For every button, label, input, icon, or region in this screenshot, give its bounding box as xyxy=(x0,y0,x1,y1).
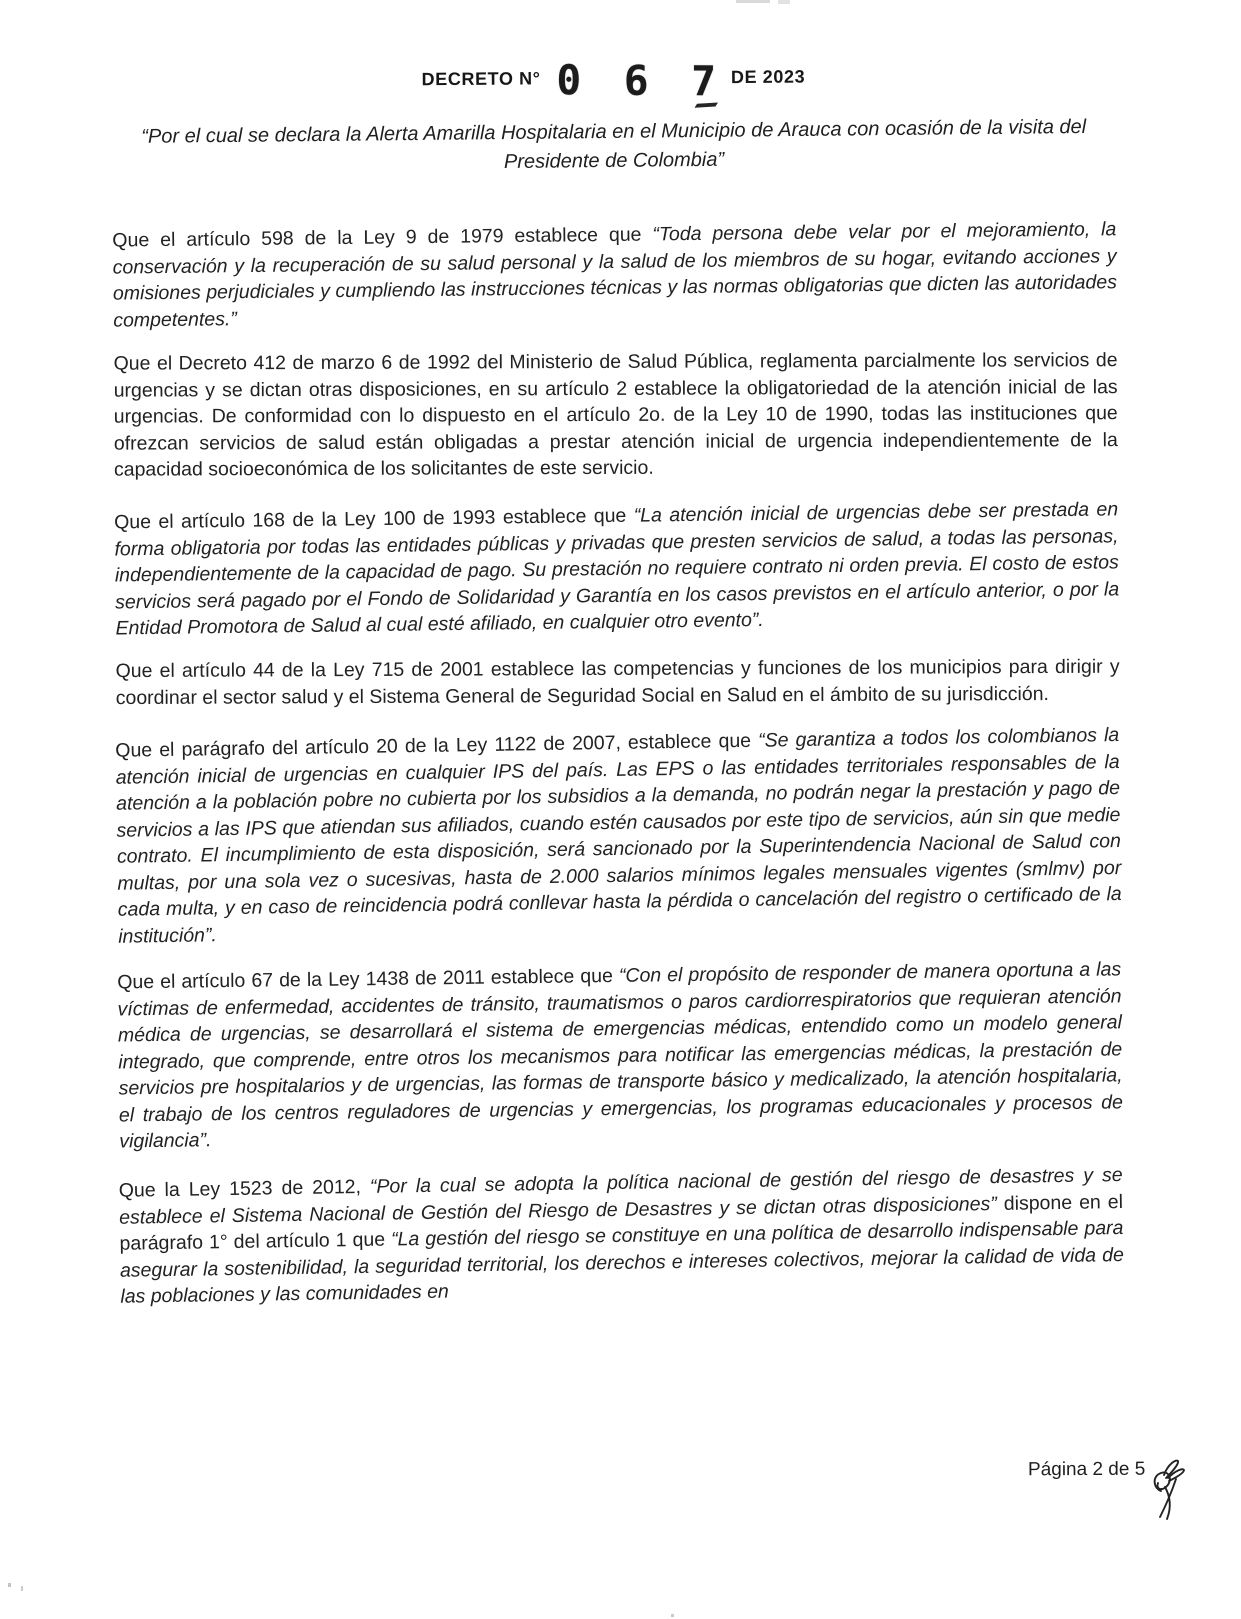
scan-artifact-top xyxy=(736,0,770,3)
body-text: Que el artículo 44 de la Ley 715 de 2001… xyxy=(116,656,1120,709)
body-text: Que la Ley 1523 de 2012, xyxy=(119,1175,371,1201)
scan-speck xyxy=(671,1614,674,1617)
body-text: Que el artículo 67 de la Ley 1438 de 201… xyxy=(117,965,619,994)
paragraph-2: Que el Decreto 412 de marzo 6 de 1992 de… xyxy=(114,347,1118,483)
scan-speck xyxy=(8,1583,11,1587)
scan-artifact-top xyxy=(778,0,790,4)
decree-subtitle: “Por el cual se declara la Alerta Amaril… xyxy=(134,113,1095,181)
paragraph-6: Que el artículo 67 de la Ley 1438 de 201… xyxy=(117,956,1123,1155)
decree-year-label: DE 2023 xyxy=(731,66,805,88)
decree-type-label: DECRETO N° xyxy=(422,68,541,90)
document-content: DECRETO N° 0 6 7 DE 2023 “Por el cual se… xyxy=(111,46,1124,1326)
paragraph-4: Que el artículo 44 de la Ley 715 de 2001… xyxy=(116,654,1120,711)
body-text: Que el artículo 598 de la Ley 9 de 1979 … xyxy=(112,223,652,251)
paragraph-3: Que el artículo 168 de la Ley 100 de 199… xyxy=(114,496,1120,642)
body-text: Que el artículo 168 de la Ley 100 de 199… xyxy=(114,504,634,533)
document-page: DECRETO N° 0 6 7 DE 2023 “Por el cual se… xyxy=(0,0,1241,1619)
decree-number-stamp: 0 6 7 xyxy=(556,56,725,105)
paragraph-1: Que el artículo 598 de la Ley 9 de 1979 … xyxy=(112,216,1117,333)
scan-speck xyxy=(21,1586,23,1591)
signature-flourish-icon xyxy=(1145,1457,1191,1527)
decree-header: DECRETO N° 0 6 7 DE 2023 xyxy=(111,46,1115,109)
body-text: Que el Decreto 412 de marzo 6 de 1992 de… xyxy=(114,349,1118,481)
paragraph-5: Que el parágrafo del artículo 20 de la L… xyxy=(115,722,1122,950)
paragraph-7: Que la Ley 1523 de 2012, “Por la cual se… xyxy=(119,1161,1125,1309)
document-body: Que el artículo 598 de la Ley 9 de 1979 … xyxy=(112,218,1124,1305)
page-number: Página 2 de 5 xyxy=(1028,1459,1145,1482)
